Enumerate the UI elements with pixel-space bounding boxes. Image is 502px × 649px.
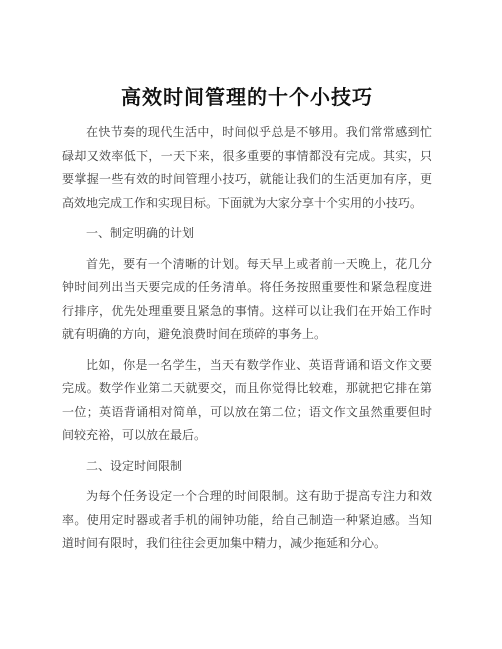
- section-heading-2: 二、设定时间限制: [62, 455, 432, 479]
- intro-paragraph: 在快节奏的现代生活中，时间似乎总是不够用。我们常常感到忙碌却又效率低下，一天下来…: [62, 121, 432, 215]
- paragraph-plan: 首先，要有一个清晰的计划。每天早上或者前一天晚上，花几分钟时间列出当天要完成的任…: [62, 253, 432, 347]
- doc-title: 高效时间管理的十个小技巧: [62, 87, 432, 110]
- document-page: 高效时间管理的十个小技巧 在快节奏的现代生活中，时间似乎总是不够用。我们常常感到…: [0, 0, 502, 649]
- section-heading-1: 一、制定明确的计划: [62, 222, 432, 246]
- paragraph-time-limit: 为每个任务设定一个合理的时间限制。这有助于提高专注力和效率。使用定时器或者手机的…: [62, 485, 432, 556]
- paragraph-example: 比如，你是一名学生，当天有数学作业、英语背诵和语文作文要完成。数学作业第二天就要…: [62, 354, 432, 448]
